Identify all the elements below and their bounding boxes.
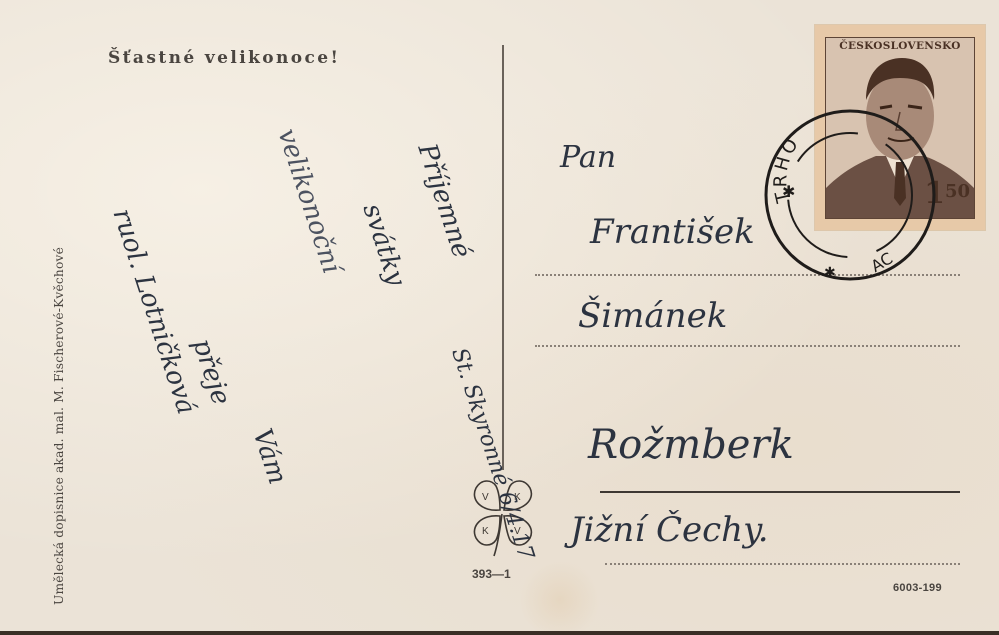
svg-text:AC: AC [868, 249, 896, 276]
message-signature: ruol. Lotničková [106, 205, 201, 418]
address-line-3 [600, 491, 960, 493]
publisher-line: Umělecká dopisnice akad. mal. M. Fischer… [52, 247, 66, 605]
address-line-2 [535, 345, 960, 347]
svg-text:✱: ✱ [824, 265, 836, 281]
message-line-4: Vám [246, 425, 292, 488]
svg-text:V: V [482, 492, 489, 503]
message-line-2: svátky [356, 200, 411, 290]
postcard-back: Šťastné velikonoce! Umělecká dopisnice a… [0, 0, 999, 631]
series-number: 393—1 [472, 567, 511, 581]
card-bottom-edge [0, 631, 999, 635]
postmark-icon: TRHO ✱ ✱ AC [760, 105, 940, 285]
address-line-4 [605, 563, 960, 565]
vertical-divider [502, 45, 504, 470]
message-line-1: Příjemné [411, 140, 476, 262]
address-town: Rožmberk [588, 422, 794, 468]
svg-text:✱: ✱ [782, 182, 795, 201]
svg-text:K: K [482, 526, 489, 537]
address-region: Jižní Čechy. [570, 510, 769, 550]
message-line-3: velikonoční [271, 125, 346, 277]
address-recipient-title: Pan [560, 140, 616, 175]
greeting-heading: Šťastné velikonoce! [108, 48, 340, 68]
address-surname: Šimánek [578, 296, 727, 336]
address-first-name: František [590, 212, 755, 252]
card-code: 6003-199 [893, 582, 942, 594]
